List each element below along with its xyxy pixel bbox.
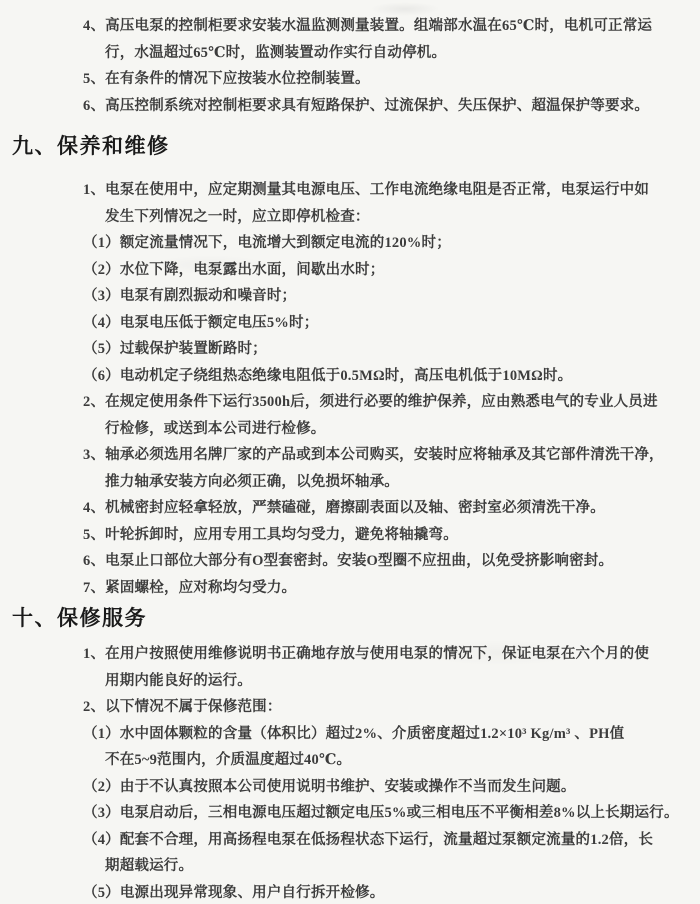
text-line: （2）水位下降，电泵露出水面，间歇出水时； [83,257,670,284]
text-line: 1、在用户按照使用维修说明书正确地存放与使用电泵的情况下，保证电泵在六个月的使 [83,641,670,668]
text-line: 6、高压控制系统对控制柜要求具有短路保护、过流保护、失压保护、超温保护等要求。 [83,93,670,120]
text-line: 7、紧固螺栓，应对称均匀受力。 [83,575,670,602]
text-line: 2、以下情况不属于保修范围： [83,694,670,721]
text-line: 行检修，或送到本公司进行检修。 [105,416,670,443]
text-line: 发生下列情况之一时，应立即停机检查： [105,204,670,231]
text-line: 4、高压电泵的控制柜要求安装水温监测测量装置。组端部水温在65℃时，电机可正常运 [83,13,670,40]
document-body: 4、高压电泵的控制柜要求安装水温监测测量装置。组端部水温在65℃时，电机可正常运… [0,0,700,904]
text-line: 1、电泵在使用中，应定期测量其电源电压、工作电流绝缘电阻是否正常，电泵运行中如 [83,177,670,204]
text-line: （5）过载保护装置断路时； [83,336,670,363]
text-line: （5）电源出现异常现象、用户自行拆开检修。 [83,880,670,904]
text-line: （4）电泵电压低于额定电压5%时； [83,310,670,337]
text-line: （3）电泵启动后，三相电源电压超过额定电压5%或三相电压不平衡相差8%以上长期运… [83,800,670,827]
text-line: 5、在有条件的情况下应按装水位控制装置。 [83,66,670,93]
document-page: 4、高压电泵的控制柜要求安装水温监测测量装置。组端部水温在65℃时，电机可正常运… [0,0,700,904]
section-heading-warranty: 十、保修服务 [12,604,670,634]
text-line: 2、在规定使用条件下运行3500h后，须进行必要的维护保养，应由熟悉电气的专业人… [83,389,670,416]
text-line: （4）配套不合理，用高扬程电泵在低扬程状态下运行，流量超过泵额定流量的1.2倍，… [83,827,670,854]
text-line: 期超载运行。 [105,853,670,880]
text-line: 3、轴承必须选用名牌厂家的产品或到本公司购买，安装时应将轴承及其它部件清洗干净， [83,442,670,469]
text-line: 5、叶轮拆卸时，应用专用工具均匀受力，避免将轴撬弯。 [83,522,670,549]
text-line: 用期内能良好的运行。 [105,668,670,695]
text-line: （1）水中固体颗粒的含量（体积比）超过2%、介质密度超过1.2×10³ Kg/m… [83,721,670,748]
text-line: 行，水温超过65℃时，监测装置动作实行自动停机。 [105,40,670,67]
text-line: （6）电动机定子绕组热态绝缘电阻低于0.5MΩ时，高压电机低于10MΩ时。 [83,363,670,390]
section-heading-maintenance: 九、保养和维修 [12,132,670,162]
text-line: （2）由于不认真按照本公司使用说明书维护、安装或操作不当而发生问题。 [83,774,670,801]
text-line: （3）电泵有剧烈振动和噪音时； [83,283,670,310]
text-line: 4、机械密封应轻拿轻放，严禁磕碰，磨擦副表面以及轴、密封室必须清洗干净。 [83,495,670,522]
text-line: （1）额定流量情况下，电流增大到额定电流的120%时； [83,230,670,257]
text-line: 推力轴承安装方向必须正确，以免损坏轴承。 [105,469,670,496]
text-line: 不在5~9范围内，介质温度超过40℃。 [105,747,670,774]
text-line: 6、电泵止口部位大部分有O型套密封。安装O型圈不应扭曲，以免受挤影响密封。 [83,548,670,575]
